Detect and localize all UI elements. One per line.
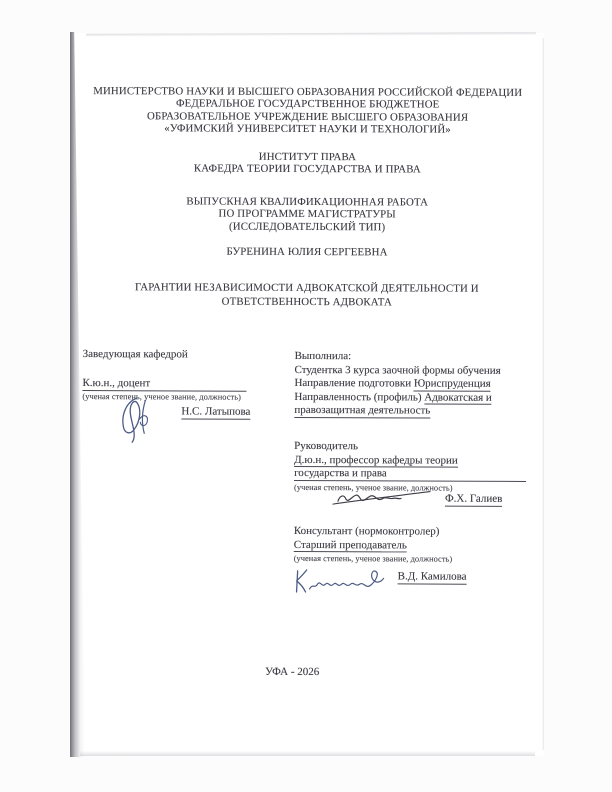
ministry-header: МИНИСТЕРСТВО НАУКИ И ВЫСШЕГО ОБРАЗОВАНИЯ… xyxy=(72,85,544,137)
thesis-title: ГАРАНТИИ НЕЗАВИСИМОСТИ АДВОКАТСКОЙ ДЕЯТЕ… xyxy=(71,280,543,310)
profile-line: Направленность (профиль) Адвокатская и xyxy=(294,391,509,406)
field-of-study-line: Направление подготовки Юриспруденция xyxy=(294,377,509,392)
supervisor-role: Руководитель xyxy=(294,440,534,455)
consultant-name: В.Д. Камилова xyxy=(398,570,467,584)
profile-line-2: правозащитная деятельность xyxy=(294,404,509,419)
signature-kamilova xyxy=(291,564,397,598)
institute-block: ИНСТИТУТ ПРАВА КАФЕДРА ТЕОРИИ ГОСУДАРСТВ… xyxy=(71,150,543,177)
performed-by-block: Выполнила: Студентка 3 курса заочной фор… xyxy=(294,350,509,419)
head-of-department-role: Заведующая кафедрой xyxy=(83,348,188,362)
thesis-title-line: ГАРАНТИИ НЕЗАВИСИМОСТИ АДВОКАТСКОЙ ДЕЯТЕ… xyxy=(71,280,543,296)
supervisor-name: Ф.Х. Галиев xyxy=(445,493,502,507)
page-content: МИНИСТЕРСТВО НАУКИ И ВЫСШЕГО ОБРАЗОВАНИЯ… xyxy=(69,32,544,757)
consultant-degree-line: Старший преподаватель xyxy=(294,539,534,554)
supervisor-degree-line2: государства и права xyxy=(294,467,526,482)
university-name: «УФИМСКИЙ УНИВЕРСИТЕТ НАУКИ И ТЕХНОЛОГИЙ… xyxy=(72,122,544,136)
head-of-department-name: Н.С. Латыпова xyxy=(181,405,250,419)
performed-by-label: Выполнила: xyxy=(295,350,510,365)
supervisor-signer: Ф.Х. Галиев xyxy=(445,493,502,507)
signature-latypova xyxy=(114,392,168,446)
head-of-department-degree: К.ю.н., доцент xyxy=(82,377,150,389)
work-type-line: (ИССЛЕДОВАТЕЛЬСКИЙ ТИП) xyxy=(71,220,543,234)
field-label: Направление подготовки xyxy=(294,377,411,390)
supervisor-degree-line1: Д.ю.н., профессор кафедры теории xyxy=(294,454,534,469)
city-year: УФА - 2026 xyxy=(69,665,541,681)
consultant-role: Консультант (нормоконтролер) xyxy=(294,525,534,540)
work-type-block: ВЫПУСКНАЯ КВАЛИФИКАЦИОННАЯ РАБОТА ПО ПРО… xyxy=(71,195,543,234)
supervisor-degree-text1: Д.ю.н., профессор кафедры теории xyxy=(294,454,458,468)
department-name: КАФЕДРА ТЕОРИИ ГОСУДАРСТВА И ПРАВА xyxy=(71,162,543,176)
profile-label: Направленность (профиль) xyxy=(294,391,421,404)
author-name: БУРЕНИНА ЮЛИЯ СЕРГЕЕВНА xyxy=(71,245,543,259)
profile-value-part1: Адвокатская и xyxy=(424,391,492,405)
supervisor-degree-text2: государства и права xyxy=(294,467,387,479)
head-of-department-signer: Н.С. Латыпова xyxy=(181,405,250,419)
consultant-signer: В.Д. Камилова xyxy=(398,570,467,584)
student-line: Студентка 3 курса заочной формы обучения xyxy=(294,364,509,379)
thesis-title-line: ОТВЕТСТВЕННОСТЬ АДВОКАТА xyxy=(71,294,543,310)
ministry-line: МИНИСТЕРСТВО НАУКИ И ВЫСШЕГО ОБРАЗОВАНИЯ… xyxy=(72,85,544,99)
field-value: Юриспруденция xyxy=(414,378,491,392)
consultant-block: Консультант (нормоконтролер) Старший пре… xyxy=(294,525,534,565)
consultant-degree-text: Старший преподаватель xyxy=(294,539,407,553)
signature-galiev xyxy=(330,486,434,510)
scanned-title-page: МИНИСТЕРСТВО НАУКИ И ВЫСШЕГО ОБРАЗОВАНИЯ… xyxy=(72,33,544,756)
profile-value-part2: правозащитная деятельность xyxy=(294,404,430,418)
head-of-department-degree-line: К.ю.н., доцент xyxy=(82,377,246,392)
